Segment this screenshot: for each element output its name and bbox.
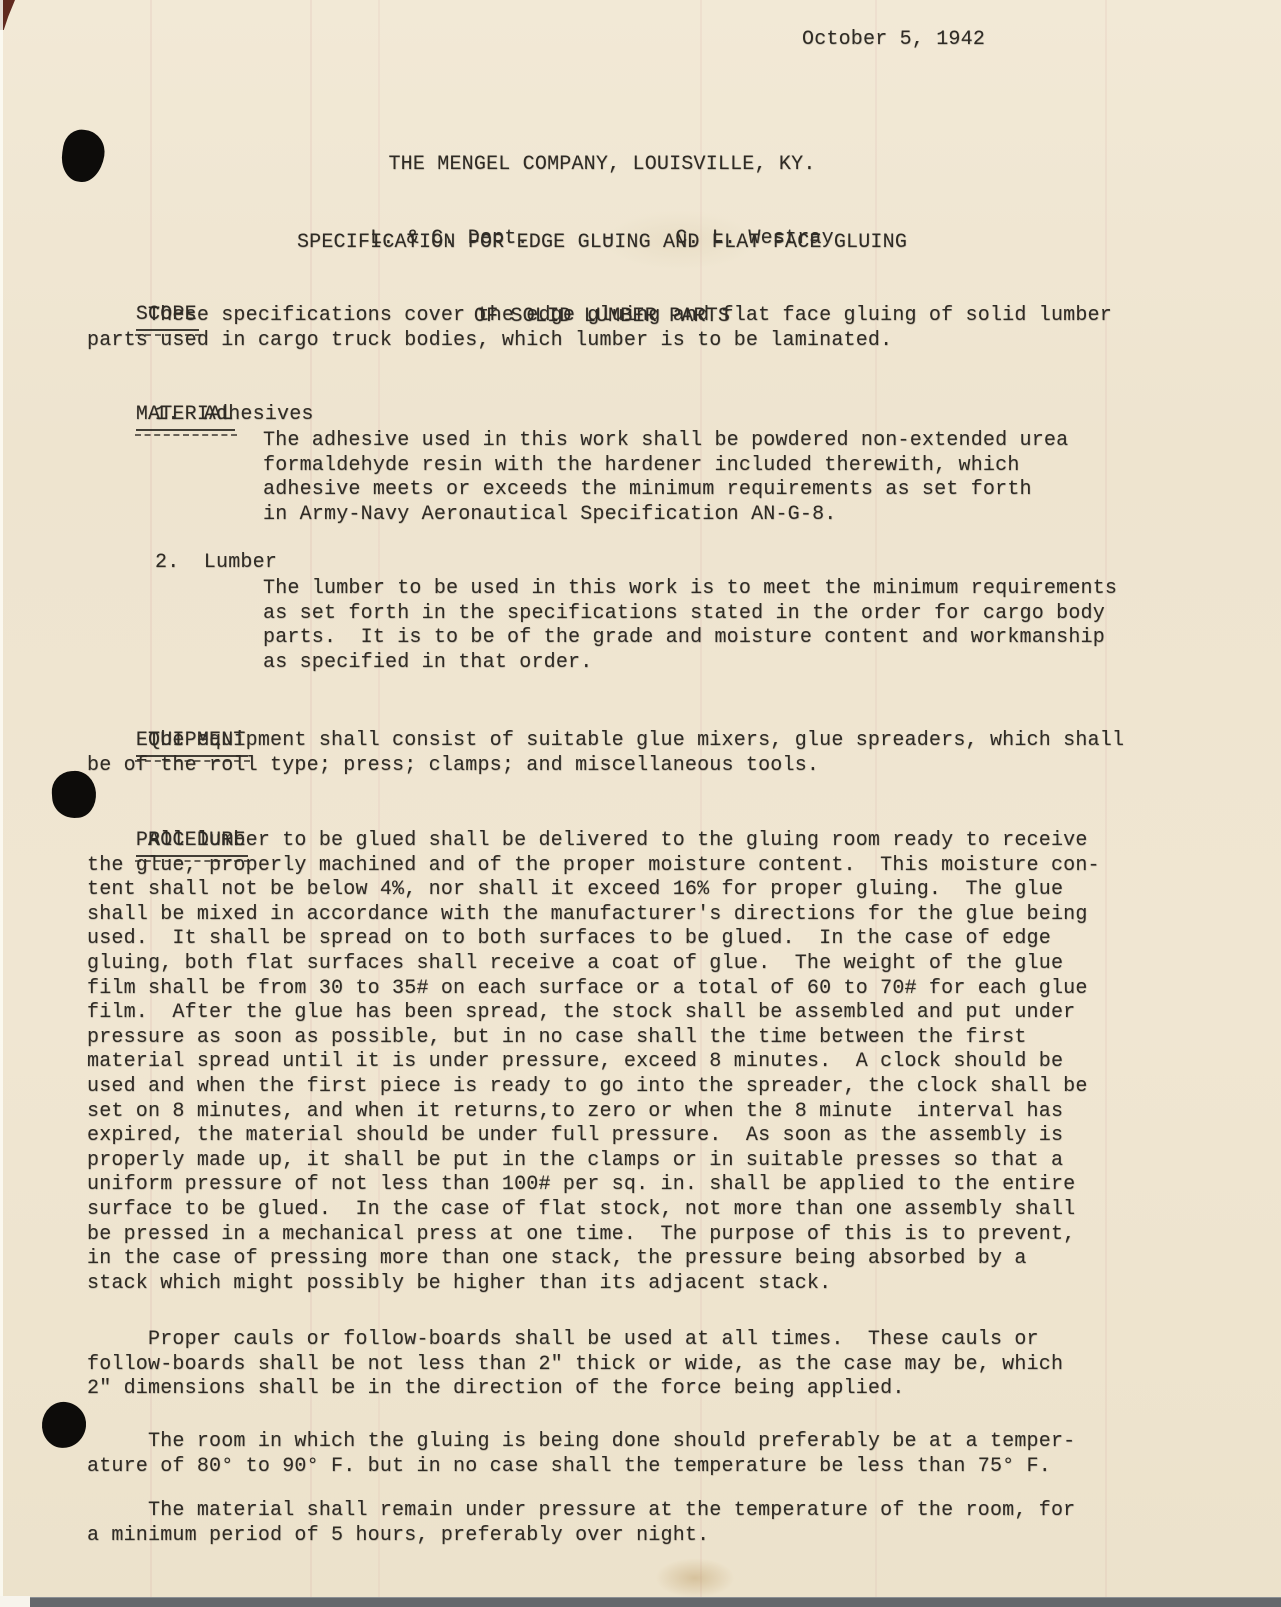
scope-paragraph: These specifications cover the edge glui… bbox=[87, 304, 1112, 353]
material-item-2-paragraph: The lumber to be used in this work is to… bbox=[263, 577, 1117, 675]
procedure-paragraph-1: All lumber to be glued shall be delivere… bbox=[87, 829, 1100, 1296]
material-item-1-paragraph: The adhesive used in this work shall be … bbox=[263, 429, 1068, 527]
procedure-paragraph-4: The material shall remain under pressure… bbox=[87, 1499, 1075, 1548]
procedure-paragraph-3: The room in which the gluing is being do… bbox=[87, 1430, 1075, 1479]
company-line: THE MENGEL COMPANY, LOUISVILLE, KY. bbox=[0, 153, 1204, 178]
scan-bottom-bar bbox=[30, 1597, 1281, 1607]
equipment-paragraph: The equipment shall consist of suitable … bbox=[87, 729, 1124, 778]
paper-stain bbox=[655, 1558, 735, 1598]
scan-bottom-corner bbox=[0, 1596, 30, 1607]
title-line-1: SPECIFICATION FOR EDGE GLUING AND FLAT F… bbox=[0, 231, 1204, 256]
hole-punch-bottom bbox=[40, 1400, 89, 1450]
material-item-1-label: 1. Adhesives bbox=[155, 403, 314, 428]
material-item-2-label: 2. Lumber bbox=[155, 551, 277, 576]
procedure-paragraph-2: Proper cauls or follow-boards shall be u… bbox=[87, 1328, 1063, 1402]
document-date: October 5, 1942 bbox=[802, 28, 985, 53]
scanned-document-page: October 5, 1942 THE MENGEL COMPANY, LOUI… bbox=[0, 0, 1281, 1607]
